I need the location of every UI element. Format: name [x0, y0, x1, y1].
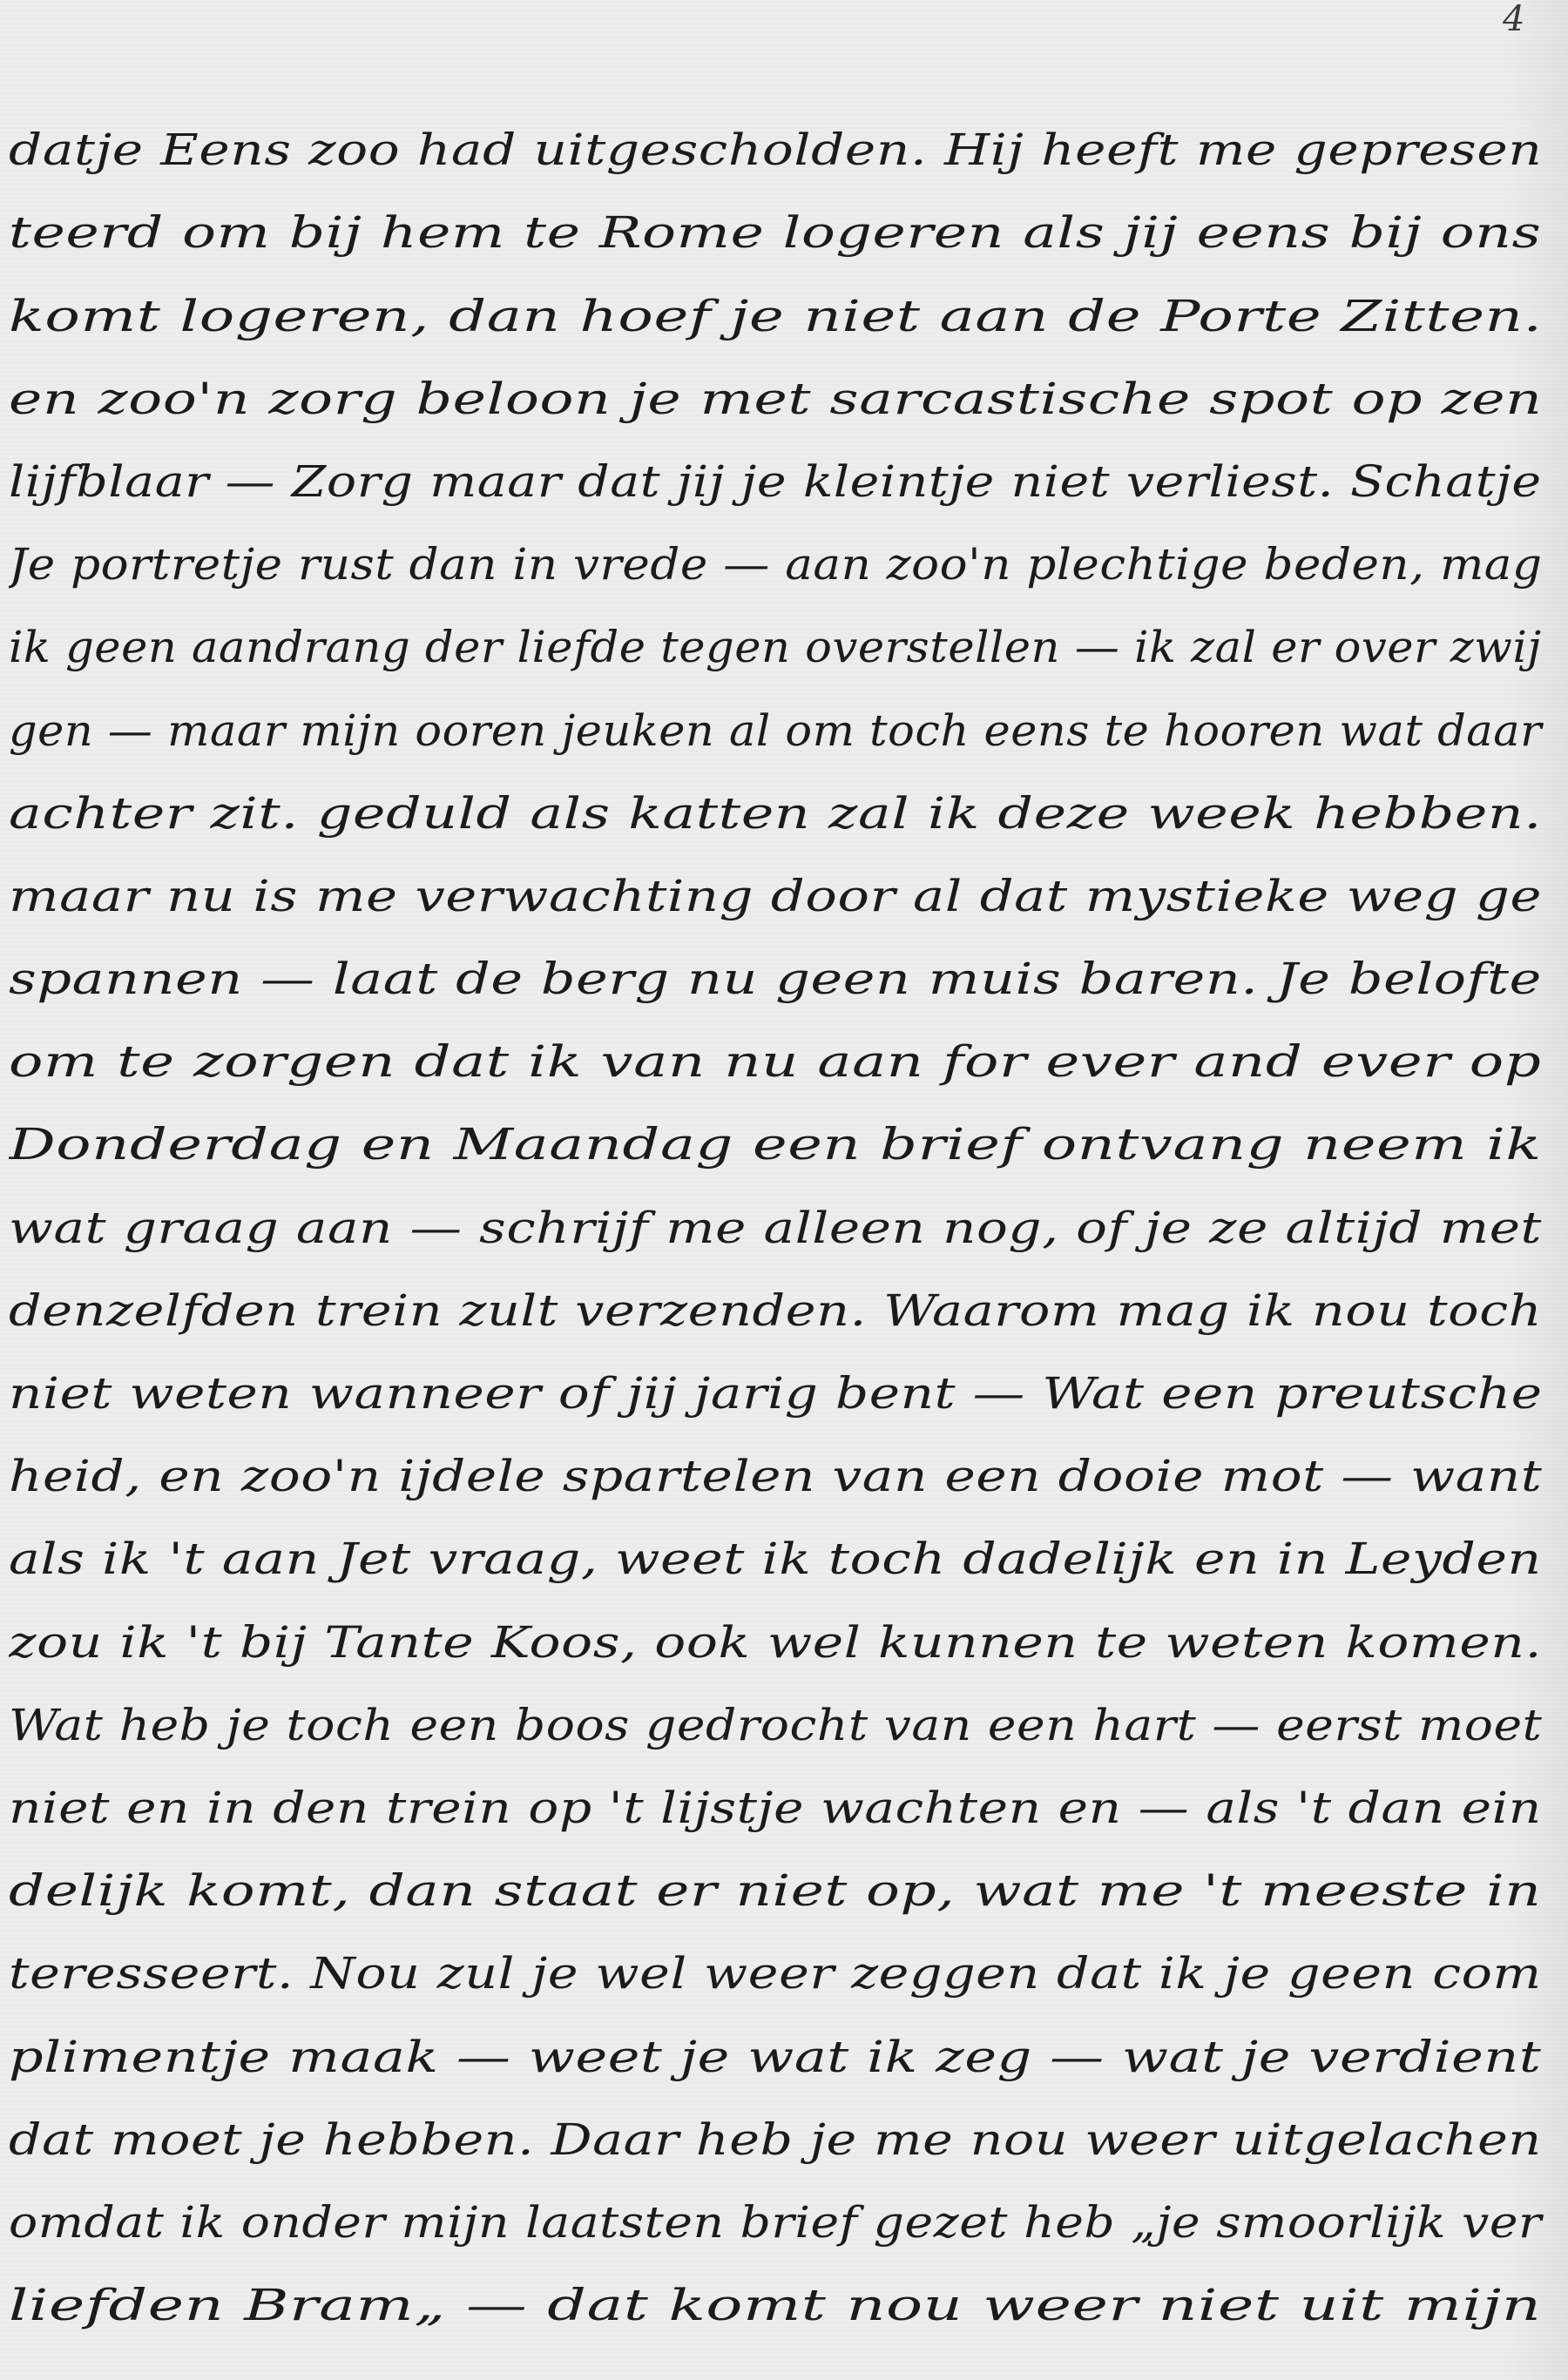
text-line: gen — maar mijn ooren jeuken al om toch …: [9, 683, 1559, 765]
text-line-content: niet weten wanneer of jij jarig bent — W…: [9, 1368, 1543, 1429]
text-line-content: heid, en zoo'n ijdele spartelen van een …: [9, 1451, 1542, 1512]
text-line-content: zou ik 't bij Tante Koos, ook wel kunnen…: [9, 1617, 1542, 1678]
text-line: als ik 't aan Jet vraag, weet ik toch da…: [9, 1512, 1559, 1595]
text-line: lijfblaar — Zorg maar dat jij je kleintj…: [9, 435, 1559, 517]
text-line-content: denzelfden trein zult verzenden. Waarom …: [9, 1285, 1542, 1346]
text-line: komt logeren, dan hoef je niet aan de Po…: [9, 268, 1559, 351]
text-line-content: Je portretje rust dan in vrede — aan zoo…: [9, 539, 1542, 600]
letter-page: 4 datje Eens zoo had uitgescholden. Hij …: [0, 0, 1568, 2380]
text-line: plimentje maak — weet je wat ik zeg — wa…: [9, 2009, 1559, 2092]
text-line: ik geen aandrang der liefde tegen overst…: [9, 600, 1559, 683]
text-line: maar nu is me verwachting door al dat my…: [9, 849, 1559, 932]
text-line-content: en zoo'n zorg beloon je met sarcastische…: [9, 374, 1542, 435]
text-line-content: komt logeren, dan hoef je niet aan de Po…: [9, 291, 1543, 352]
text-line: liefden Bram„ — dat komt nou weer niet u…: [9, 2258, 1559, 2341]
text-line-content: Donderdag en Maandag een brief ontvang n…: [9, 1119, 1542, 1180]
text-line-content: dat moet je hebben. Daar heb je me nou w…: [9, 2114, 1542, 2175]
text-line: niet en in den trein op 't lijstje wacht…: [9, 1761, 1559, 1844]
text-line: niet weten wanneer of jij jarig bent — W…: [9, 1346, 1559, 1429]
text-line-content: liefden Bram„ — dat komt nou weer niet u…: [9, 2280, 1542, 2341]
text-line: wat graag aan — schrijf me alleen nog, o…: [9, 1180, 1559, 1263]
text-line: Wat heb je toch een boos gedrocht van ee…: [9, 1678, 1559, 1761]
text-line-content: Wat heb je toch een boos gedrocht van ee…: [9, 1700, 1542, 1761]
text-line-content: omdat ik onder mijn laatsten brief gezet…: [9, 2197, 1542, 2258]
text-line-content: achter zit. geduld als katten zal ik dez…: [9, 788, 1542, 849]
text-line: en zoo'n zorg beloon je met sarcastische…: [9, 352, 1559, 435]
text-line-content: niet en in den trein op 't lijstje wacht…: [9, 1783, 1542, 1844]
text-line: datje Eens zoo had uitgescholden. Hij he…: [9, 103, 1559, 185]
text-line-content: teerd om bij hem te Rome logeren als jij…: [9, 207, 1541, 268]
text-line: dat moet je hebben. Daar heb je me nou w…: [9, 2093, 1559, 2175]
text-line-content: gen — maar mijn ooren jeuken al om toch …: [9, 705, 1542, 766]
text-line: Je portretje rust dan in vrede — aan zoo…: [9, 517, 1559, 600]
text-line: spannen — laat de berg nu geen muis bare…: [9, 932, 1559, 1015]
text-line-content: teresseert. Nou zul je wel weer zeggen d…: [9, 1948, 1542, 2009]
text-line-content: spannen — laat de berg nu geen muis bare…: [9, 954, 1542, 1015]
text-line: heid, en zoo'n ijdele spartelen van een …: [9, 1429, 1559, 1512]
text-line: Donderdag en Maandag een brief ontvang n…: [9, 1097, 1559, 1180]
text-line-content: datje Eens zoo had uitgescholden. Hij he…: [9, 125, 1542, 185]
text-line: denzelfden trein zult verzenden. Waarom …: [9, 1264, 1559, 1346]
text-line: teresseert. Nou zul je wel weer zeggen d…: [9, 1926, 1559, 2009]
text-line: teerd om bij hem te Rome logeren als jij…: [9, 185, 1559, 268]
handwritten-text-body: datje Eens zoo had uitgescholden. Hij he…: [9, 103, 1559, 2341]
text-line: om te zorgen dat ik van nu aan for ever …: [9, 1015, 1559, 1097]
text-line-content: plimentje maak — weet je wat ik zeg — wa…: [9, 2032, 1541, 2093]
text-line-content: delijk komt, dan staat er niet op, wat m…: [9, 1865, 1541, 1926]
text-line: delijk komt, dan staat er niet op, wat m…: [9, 1844, 1559, 1926]
page-number: 4: [1503, 2, 1524, 37]
text-line-content: als ik 't aan Jet vraag, weet ik toch da…: [9, 1534, 1542, 1595]
text-line: zou ik 't bij Tante Koos, ook wel kunnen…: [9, 1595, 1559, 1677]
text-line-content: om te zorgen dat ik van nu aan for ever …: [9, 1036, 1541, 1097]
text-line-content: ik geen aandrang der liefde tegen overst…: [9, 622, 1542, 683]
text-line: omdat ik onder mijn laatsten brief gezet…: [9, 2175, 1559, 2258]
text-line-content: wat graag aan — schrijf me alleen nog, o…: [9, 1203, 1542, 1264]
text-line-content: maar nu is me verwachting door al dat my…: [9, 871, 1542, 932]
text-line: achter zit. geduld als katten zal ik dez…: [9, 766, 1559, 849]
text-line-content: lijfblaar — Zorg maar dat jij je kleintj…: [9, 456, 1542, 517]
